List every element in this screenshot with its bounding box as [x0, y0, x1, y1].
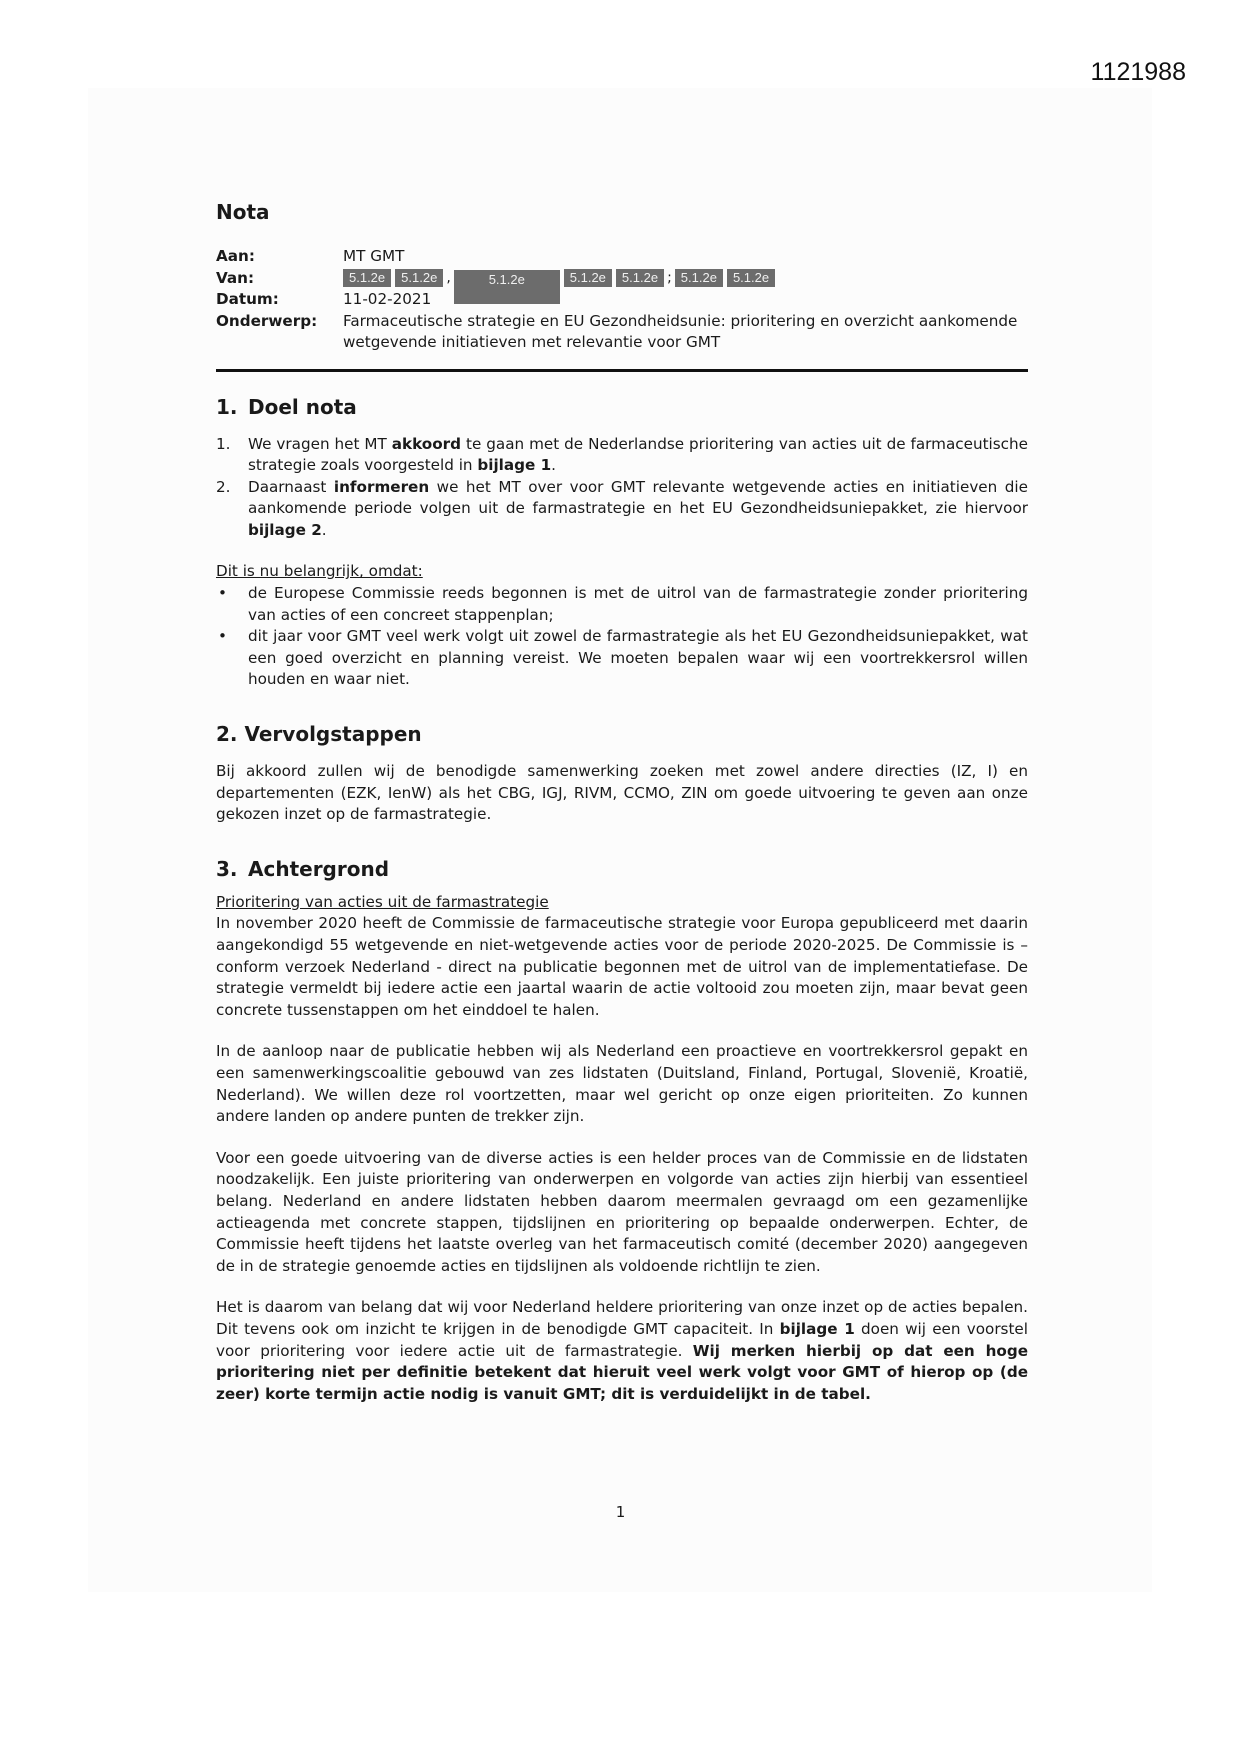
aan-label: Aan:: [216, 246, 343, 268]
van-redactions: 5.1.2e 5.1.2e , 5.1.2e 5.1.2e 5.1.2e ; 5…: [343, 268, 1028, 290]
why-bullets: •de Europese Commissie reeds begonnen is…: [216, 583, 1028, 691]
memo-title: Nota: [216, 200, 1028, 224]
list-item: 1.We vragen het MT akkoord te gaan met d…: [216, 434, 1028, 477]
achtergrond-paragraph-1: In november 2020 heeft de Commissie de f…: [216, 913, 1028, 1021]
bullet-item: •de Europese Commissie reeds begonnen is…: [216, 583, 1028, 626]
achtergrond-subheading: Prioritering van acties uit de farmastra…: [216, 892, 1028, 914]
datum-label: Datum:: [216, 289, 343, 311]
header-divider: [216, 369, 1028, 372]
bullet-icon: •: [218, 583, 227, 605]
page-number: 1: [0, 1503, 1241, 1521]
datum-value: 11-02-2021: [343, 289, 1028, 311]
why-heading: Dit is nu belangrijk, omdat:: [216, 561, 1028, 583]
redaction-box: 5.1.2e: [727, 269, 775, 287]
section-heading-achtergrond: 3.Achtergrond: [216, 856, 1028, 882]
memo-header-fields: Aan: MT GMT Van: 5.1.2e 5.1.2e , 5.1.2e …: [216, 246, 1028, 354]
section-heading-doel: 1.Doel nota: [216, 394, 1028, 420]
bullet-icon: •: [218, 626, 227, 648]
redaction-box: 5.1.2e: [564, 269, 612, 287]
separator: ;: [667, 268, 672, 290]
memo-content: Nota Aan: MT GMT Van: 5.1.2e 5.1.2e , 5.…: [216, 200, 1028, 1405]
achtergrond-paragraph-4: Het is daarom van belang dat wij voor Ne…: [216, 1297, 1028, 1405]
bullet-item: •dit jaar voor GMT veel werk volgt uit z…: [216, 626, 1028, 691]
redaction-box: 5.1.2e: [616, 269, 664, 287]
vervolg-text: Bij akkoord zullen wij de benodigde same…: [216, 761, 1028, 826]
redaction-box: 5.1.2e: [395, 269, 443, 287]
aan-value: MT GMT: [343, 246, 1028, 268]
section-heading-vervolg: 2. Vervolgstappen: [216, 721, 1028, 747]
achtergrond-paragraph-2: In de aanloop naar de publicatie hebben …: [216, 1041, 1028, 1127]
achtergrond-paragraph-3: Voor een goede uitvoering van de diverse…: [216, 1148, 1028, 1278]
separator: ,: [446, 268, 450, 290]
doel-list: 1.We vragen het MT akkoord te gaan met d…: [216, 434, 1028, 542]
redaction-box: 5.1.2e: [343, 269, 391, 287]
van-label: Van:: [216, 268, 343, 290]
onderwerp-value: Farmaceutische strategie en EU Gezondhei…: [343, 311, 1028, 354]
redaction-box: 5.1.2e: [675, 269, 723, 287]
document-id: 1121988: [1091, 58, 1186, 87]
list-item: 2.Daarnaast informeren we het MT over vo…: [216, 477, 1028, 542]
onderwerp-label: Onderwerp:: [216, 311, 343, 354]
